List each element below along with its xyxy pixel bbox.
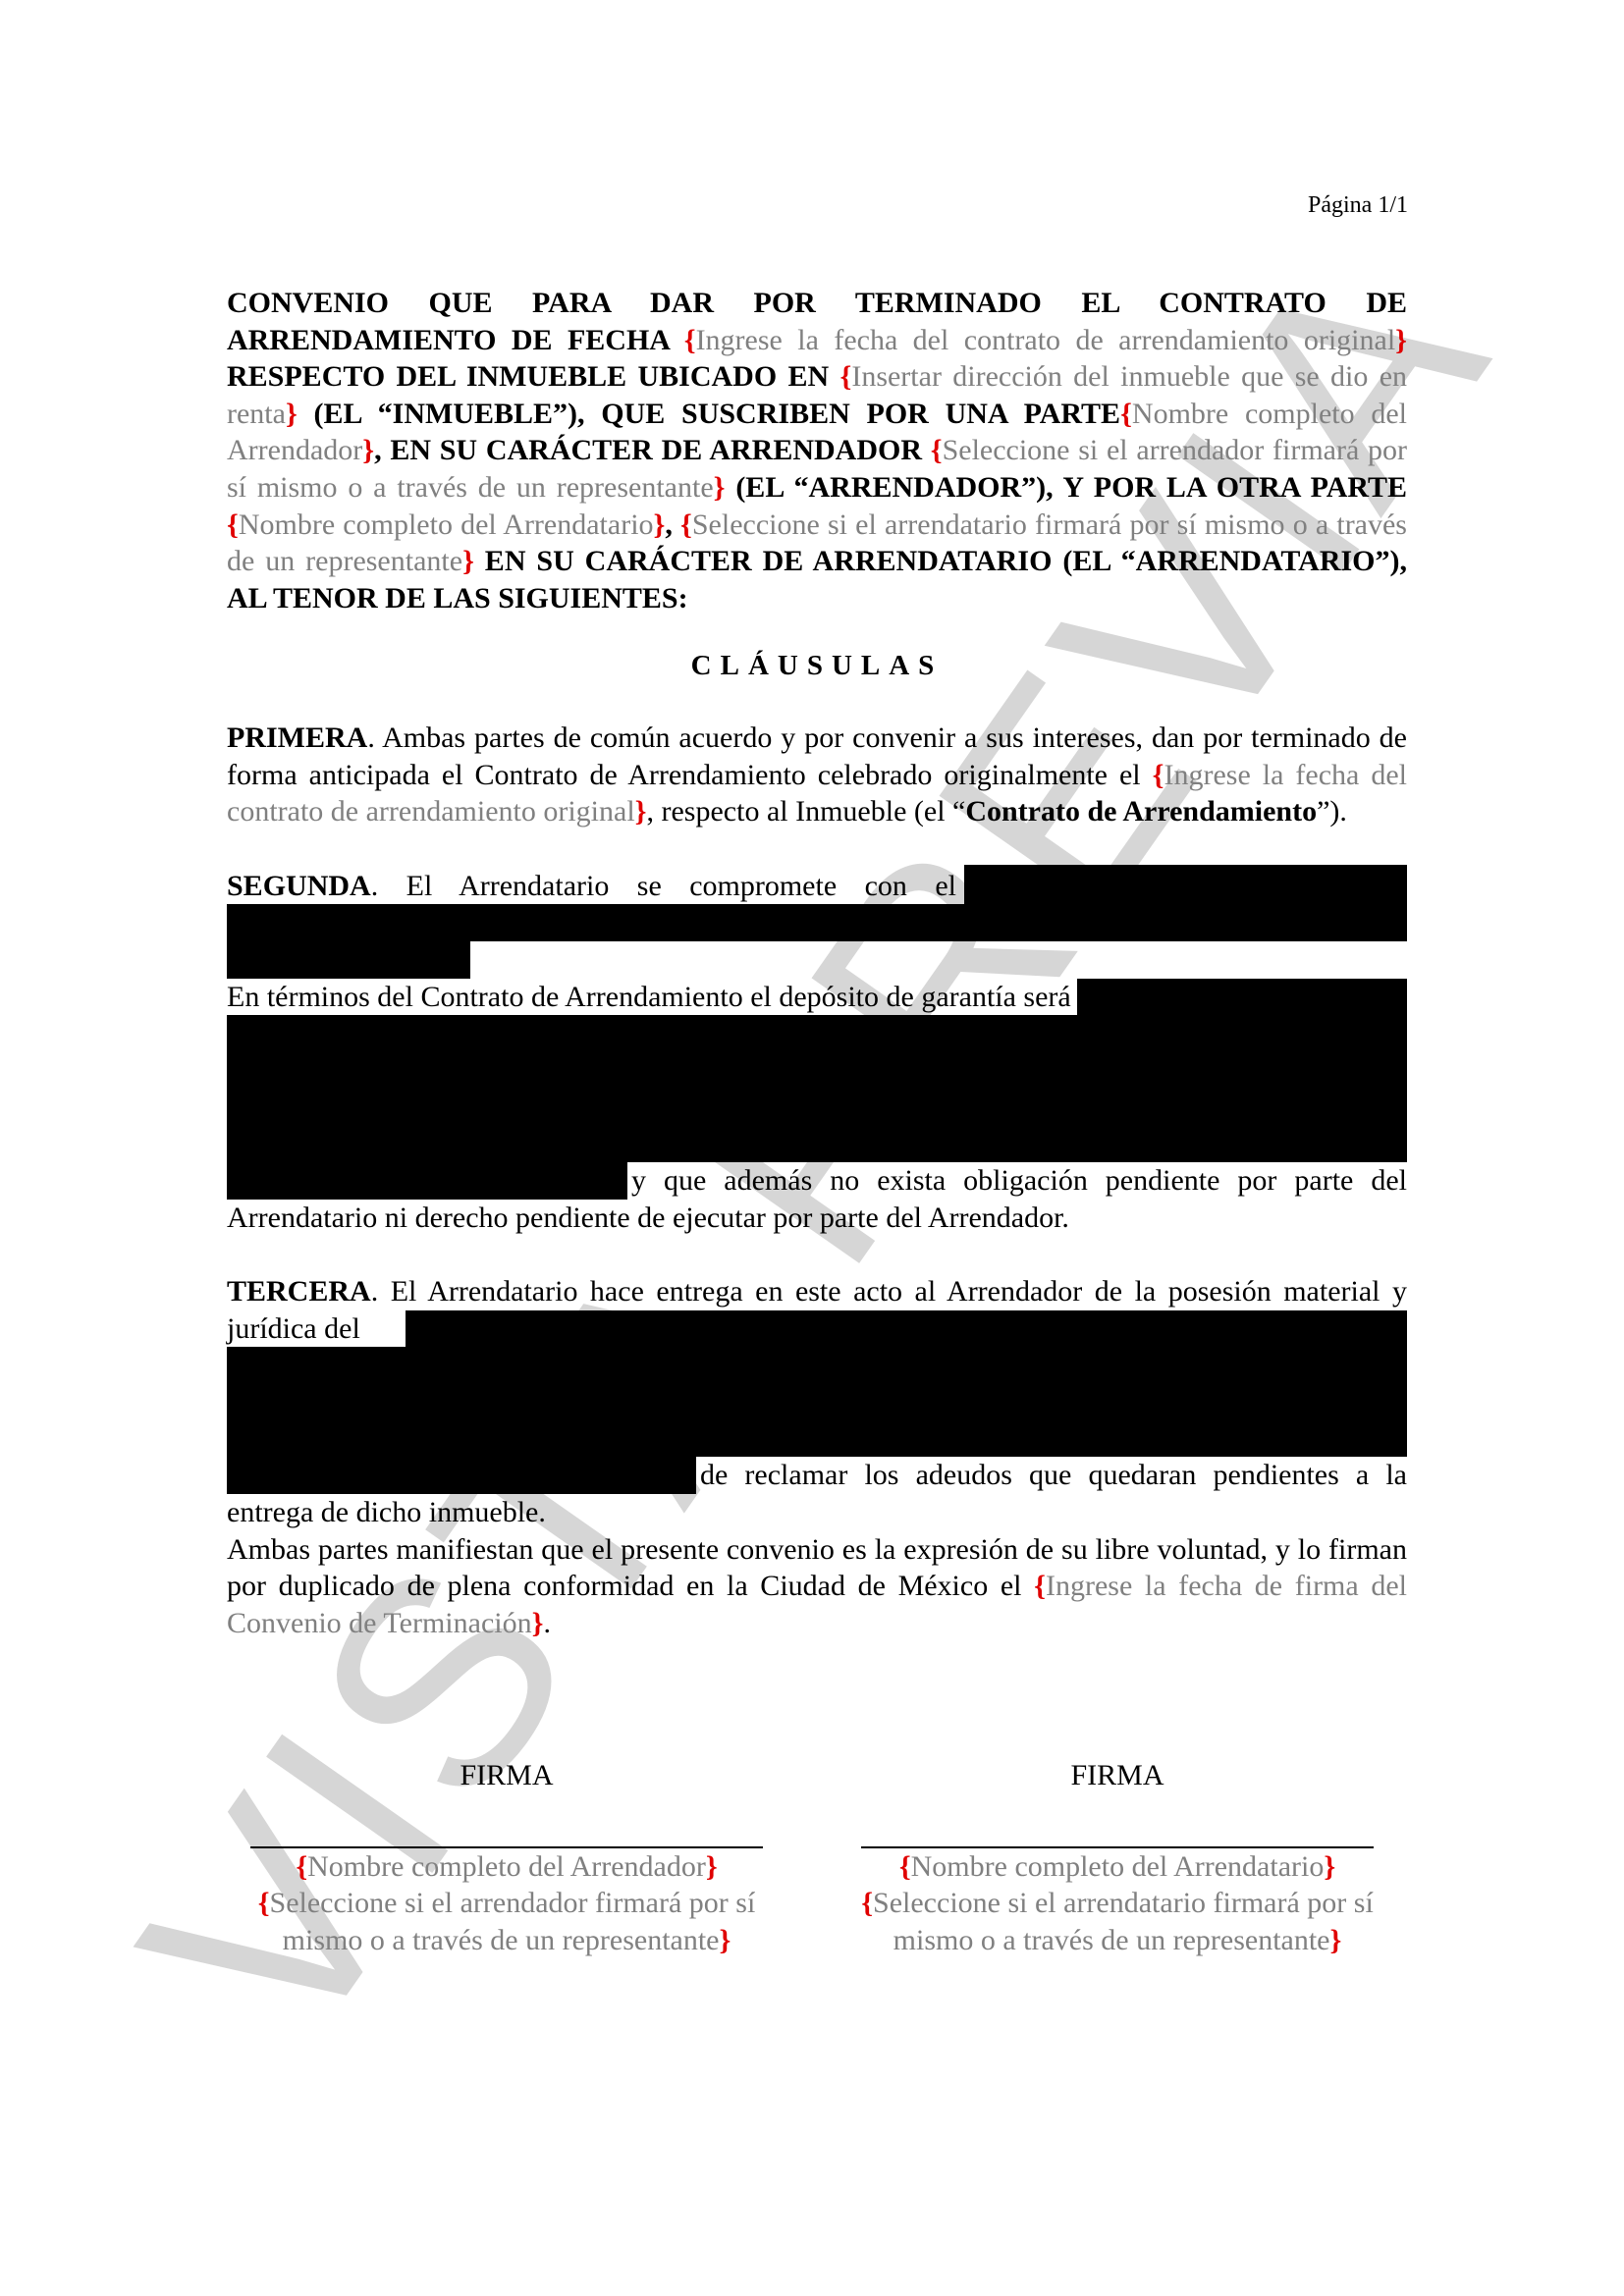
document-page: VISTA PREVIA Página 1/1 CONVENIO QUE PAR… <box>0 0 1624 2296</box>
redacted-block <box>964 865 1407 905</box>
redacted-block <box>227 941 470 979</box>
signature-block-tenant: FIRMA {Nombre completo del Arrendatario}… <box>852 1757 1382 1958</box>
redacted-block <box>227 1457 696 1494</box>
deposit-text: En términos del Contrato de Arrendamient… <box>227 979 1071 1016</box>
signature-label: FIRMA <box>852 1757 1382 1794</box>
document-body: CONVENIO QUE PARA DAR POR TERMINADO EL C… <box>227 285 1407 1641</box>
redacted-block <box>1077 979 1407 1016</box>
document-title: CONVENIO QUE PARA DAR POR TERMINADO EL C… <box>227 285 1407 616</box>
signature-block-landlord: FIRMA {Nombre completo del Arrendador} {… <box>242 1757 772 1958</box>
placeholder-tenant-name[interactable]: Nombre completo del Arrendatario <box>239 508 654 541</box>
clause-segunda: SEGUNDA. El Arrendatario se compromete c… <box>227 868 1407 1237</box>
redacted-block <box>406 1310 1407 1348</box>
placeholder-contract-date[interactable]: Ingrese la fecha del contrato de arrenda… <box>696 324 1396 356</box>
placeholder-tenant-name[interactable]: Nombre completo del Arrendatario <box>911 1850 1325 1883</box>
clause-primera: PRIMERA. Ambas partes de común acuerdo y… <box>227 720 1407 830</box>
redacted-block <box>227 904 1407 941</box>
signature-label: FIRMA <box>242 1757 772 1794</box>
clausulas-heading: CLÁUSULAS <box>227 648 1407 685</box>
redacted-block <box>227 1347 1407 1457</box>
placeholder-landlord-capacity[interactable]: Seleccione si el arrendador firmará por … <box>270 1887 756 1956</box>
redacted-block <box>227 1015 1407 1162</box>
closing-paragraph: Ambas partes manifiestan que el presente… <box>227 1531 1407 1642</box>
page-indicator: Página 1/1 <box>1308 192 1408 219</box>
redacted-block <box>227 1162 627 1200</box>
clause-tercera: TERCERA. El Arrendatario hace entrega en… <box>227 1273 1407 1530</box>
placeholder-tenant-capacity[interactable]: Seleccione si el arrendatario firmará po… <box>873 1887 1374 1956</box>
placeholder-landlord-name[interactable]: Nombre completo del Arrendador <box>307 1850 706 1883</box>
